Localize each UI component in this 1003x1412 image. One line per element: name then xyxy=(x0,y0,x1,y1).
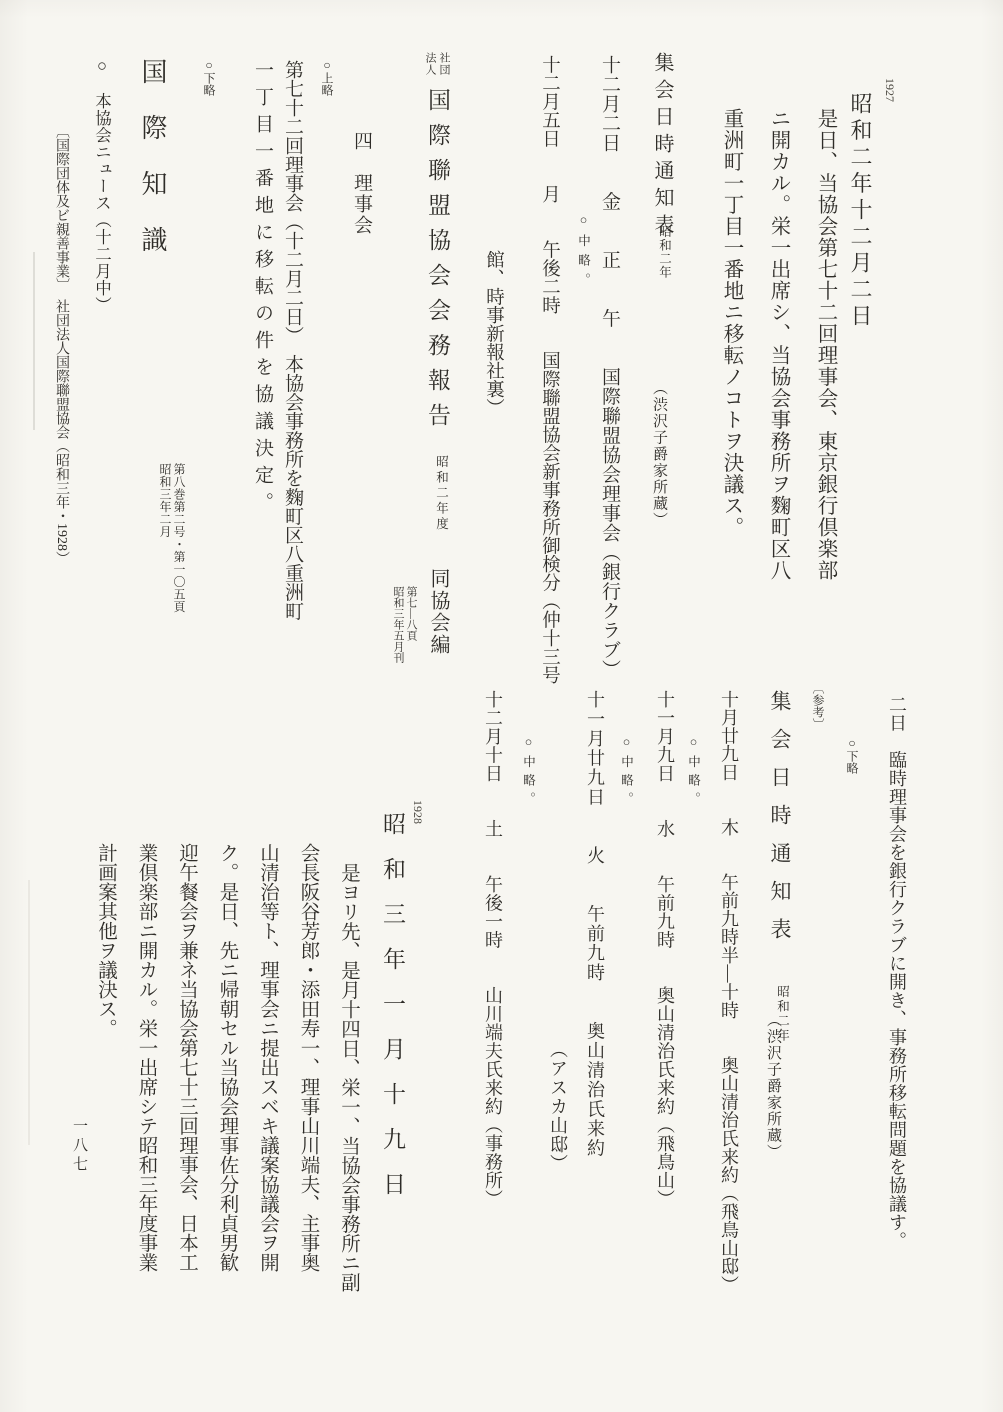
omission-marker-churyaku-2: ○中略。 xyxy=(687,735,700,811)
journal-issue-note: 第八巻第二号・第一〇五頁 昭和三年二月 xyxy=(158,463,186,613)
report-publication-note: 第七―八頁 昭和三年五月刊 xyxy=(391,586,417,663)
scan-artifact-line xyxy=(28,880,30,1145)
year-marker-1928: 1928 xyxy=(412,800,424,824)
omission-marker-churyaku: ○中略。 xyxy=(577,213,590,293)
report-editor: 同協会編 xyxy=(428,568,448,656)
date-heading-showa2-12-2: 昭和二年十二月二日 xyxy=(849,92,871,331)
report-title: 国際聯盟協会会務報告 xyxy=(426,88,449,438)
schedule-entry-nov9: 十一月九日 水 午前九時 奥山清治氏来約（飛鳥山） xyxy=(656,690,674,1208)
year-marker-1927: 1927 xyxy=(884,78,896,102)
notice-table-title: 集会日時通知表 xyxy=(652,52,672,241)
notice-table-title-2: 集会日時通知表 xyxy=(769,690,790,956)
entry-paragraph-1927: 是日、当協会第七十二回理事会、東京銀行倶楽部 ニ開カル。栄一出席シ、当協会事務所… xyxy=(707,108,848,581)
date-heading-showa3-1-19: 昭和三年一月十九日 xyxy=(381,812,404,1217)
schedule-entry-dec2: 十二月二日 金 正 午 国際聯盟協会理事会（銀行クラブ） xyxy=(600,55,619,679)
journal-news-line: ○ 本協会ニュース（十二月中） xyxy=(93,56,110,314)
schedule-entry-dec5-line2: 館、時事新報社裏） xyxy=(484,250,503,417)
source-citation-line: 〔国際団体及ビ親善事業〕 社団法人国際聯盟協会（昭和三年・1928） xyxy=(54,124,68,565)
schedule-entry-dec5-line1: 十二月五日 月 午後二時 国際聯盟協会新事務所御検分（仲十三号 xyxy=(540,55,559,684)
report-body-line1: 第七十二回理事会（十二月二日） 本協会事務所を麴町区八重洲町 xyxy=(283,60,302,621)
journal-title-kokusai-chishiki: 国際知識 xyxy=(139,58,165,282)
reference-label: 〔参考〕 xyxy=(812,682,824,730)
notice-table-source-2: （渋沢子爵家所蔵） xyxy=(765,1012,780,1161)
omission-marker-joryaku: ○上略 xyxy=(321,58,333,96)
page-number: 一八七 xyxy=(71,1118,86,1175)
scan-artifact-line xyxy=(33,252,35,430)
report-body-line2: 一丁目一番地に移転の件を協議決定。 xyxy=(253,60,272,519)
schedule-entry-oct29: 十月廿九日 木 午前九時半―十時 奥山清治氏来約（飛鳥山邸） xyxy=(720,690,738,1294)
report-section-heading: 四 理事会 xyxy=(352,131,371,236)
omission-marker-churyaku-4: ○中略。 xyxy=(522,735,535,811)
notice-table-source: （渋沢子爵家所蔵） xyxy=(651,380,666,529)
corporate-label: 社団 法人 xyxy=(423,52,451,76)
schedule-entry-nov29-line1: 十一月廿九日 火 午前九時 奥山清治氏来約 xyxy=(586,690,604,1158)
report-era-note: 昭和二年度 xyxy=(435,455,448,533)
schedule-entry-nov29-line2: （アスカ山邸） xyxy=(549,1040,567,1173)
schedule-entry-dec10: 十二月十日 土 午後一時 山川端夫氏来約（事務所） xyxy=(484,690,502,1208)
omission-marker-churyaku-3: ○中略。 xyxy=(620,735,633,811)
omission-marker-geryaku: ○下略 xyxy=(203,58,215,96)
entry-line-rinji-rijikai: 二日 臨時理事会を銀行クラブに開き、事務所移転問題を協議す。 xyxy=(888,695,906,1250)
scanned-document-page: 1927 昭和二年十二月二日 是日、当協会第七十二回理事会、東京銀行倶楽部 ニ開… xyxy=(0,0,1003,1412)
entry-paragraph-1928: 是ヨリ先、是月十四日、栄一、当協会事務所ニ副 会長阪谷芳郎・添田寿一、理事山川端… xyxy=(85,843,369,1292)
notice-table-era-note: 昭和二年 xyxy=(658,225,671,279)
omission-marker-geryaku-2: ○下略 xyxy=(846,736,858,774)
